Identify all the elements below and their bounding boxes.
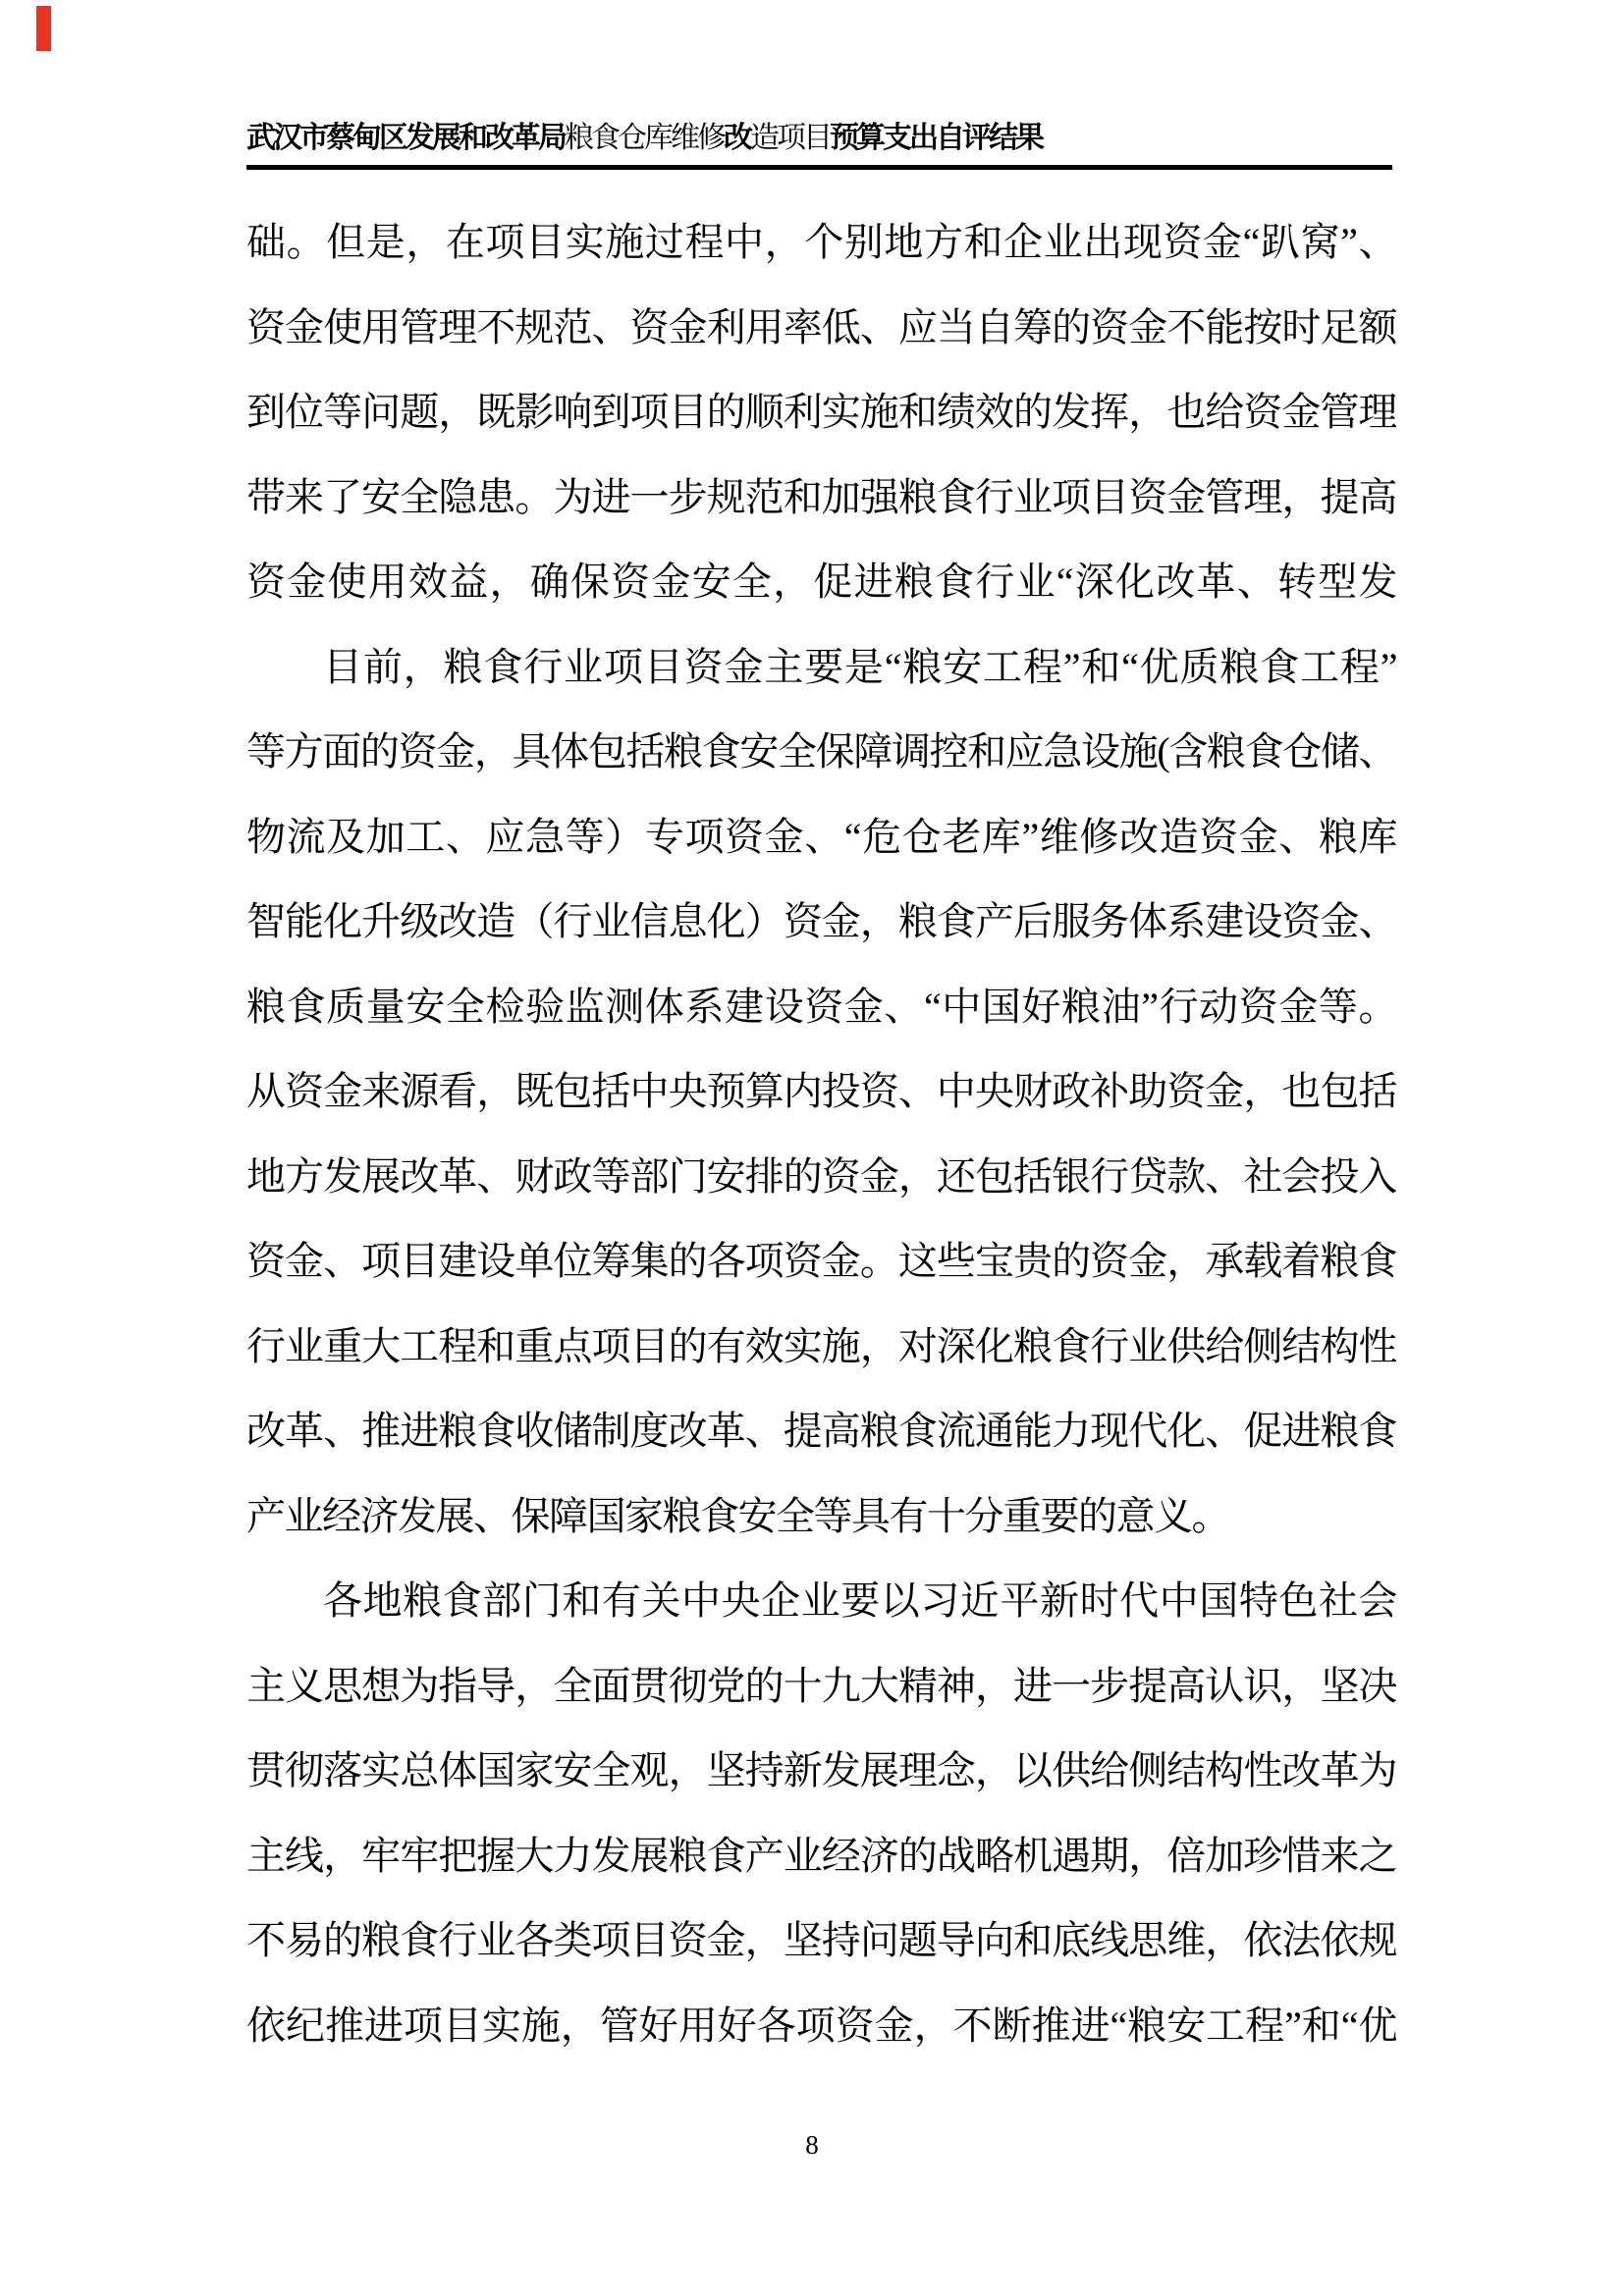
page-number: 8 xyxy=(0,2130,1624,2161)
body-line: 目前，粮食行业项目资金主要是“粮安工程”和“优质粮食工程” xyxy=(246,625,1396,711)
body-line: 行业重大工程和重点项目的有效实施，对深化粮食行业供给侧结构性 xyxy=(246,1305,1396,1390)
body-line: 带来了安全隐患。为进一步规范和加强粮食行业项目资金管理，提高 xyxy=(246,455,1396,541)
body-line: 智能化升级改造（行业信息化）资金，粮食产后服务体系建设资金、 xyxy=(246,880,1396,965)
body-line: 依纪推进项目实施，管好用好各项资金，不断推进“粮安工程”和“优 xyxy=(246,1984,1396,2069)
document-body: 础。但是，在项目实施过程中，个别地方和企业出现资金“趴窝”、 资金使用管理不规范… xyxy=(246,200,1396,2068)
body-line: 从资金来源看，既包括中央预算内投资、中央财政补助资金，也包括 xyxy=(246,1049,1396,1135)
body-line: 贯彻落实总体国家安全观，坚持新发展理念，以供给侧结构性改革为 xyxy=(246,1729,1396,1814)
body-line: 到位等问题，既影响到项目的顺利实施和绩效的发挥，也给资金管理 xyxy=(246,370,1396,455)
document-header-title: 武汉市蔡甸区发展和改革局粮食仓库维修改造项目预算支出自评结果 xyxy=(246,120,1392,157)
body-line: 等方面的资金，具体包括粮食安全保障调控和应急设施(含粮食仓储、 xyxy=(246,710,1396,795)
body-line: 地方发展改革、财政等部门安排的资金，还包括银行贷款、社会投入 xyxy=(246,1135,1396,1220)
body-line: 各地粮食部门和有关中央企业要以习近平新时代中国特色社会 xyxy=(246,1559,1396,1644)
body-line: 产业经济发展、保障国家粮食安全等具有十分重要的意义。 xyxy=(246,1474,1396,1560)
body-line: 物流及加工、应急等）专项资金、“危仓老库”维修改造资金、粮库 xyxy=(246,795,1396,881)
body-line: 不易的粮食行业各类项目资金，坚持问题导向和底线思维，依法依规 xyxy=(246,1898,1396,1984)
document-page: 武汉市蔡甸区发展和改革局粮食仓库维修改造项目预算支出自评结果 础。但是，在项目实… xyxy=(0,0,1624,2296)
header-segment: 改 xyxy=(724,122,750,154)
body-line: 改革、推进粮食收储制度改革、提高粮食流通能力现代化、促进粮食 xyxy=(246,1389,1396,1474)
body-line: 主义思想为指导，全面贯彻党的十九大精神，进一步提高认识，坚决 xyxy=(246,1644,1396,1730)
body-line: 资金使用效益，确保资金安全，促进粮食行业“深化改革、转型发展”。 xyxy=(246,540,1396,625)
header-segment: 武汉市蔡甸区发展和改革局 xyxy=(246,122,565,154)
body-line: 资金使用管理不规范、资金利用率低、应当自筹的资金不能按时足额 xyxy=(246,286,1396,371)
body-line: 础。但是，在项目实施过程中，个别地方和企业出现资金“趴窝”、 xyxy=(246,200,1396,286)
body-line: 粮食质量安全检验监测体系建设资金、“中国好粮油”行动资金等。 xyxy=(246,965,1396,1050)
header-segment: 造项目 xyxy=(750,122,830,154)
header-segment: 粮食仓库维修 xyxy=(565,122,724,154)
red-edit-mark xyxy=(36,6,51,51)
body-line: 主线，牢牢把握大力发展粮食产业经济的战略机遇期，倍加珍惜来之 xyxy=(246,1814,1396,1899)
header-underline xyxy=(246,165,1392,170)
header-segment: 预算支出自评结果 xyxy=(830,122,1042,154)
body-line: 资金、项目建设单位筹集的各项资金。这些宝贵的资金，承载着粮食 xyxy=(246,1219,1396,1305)
